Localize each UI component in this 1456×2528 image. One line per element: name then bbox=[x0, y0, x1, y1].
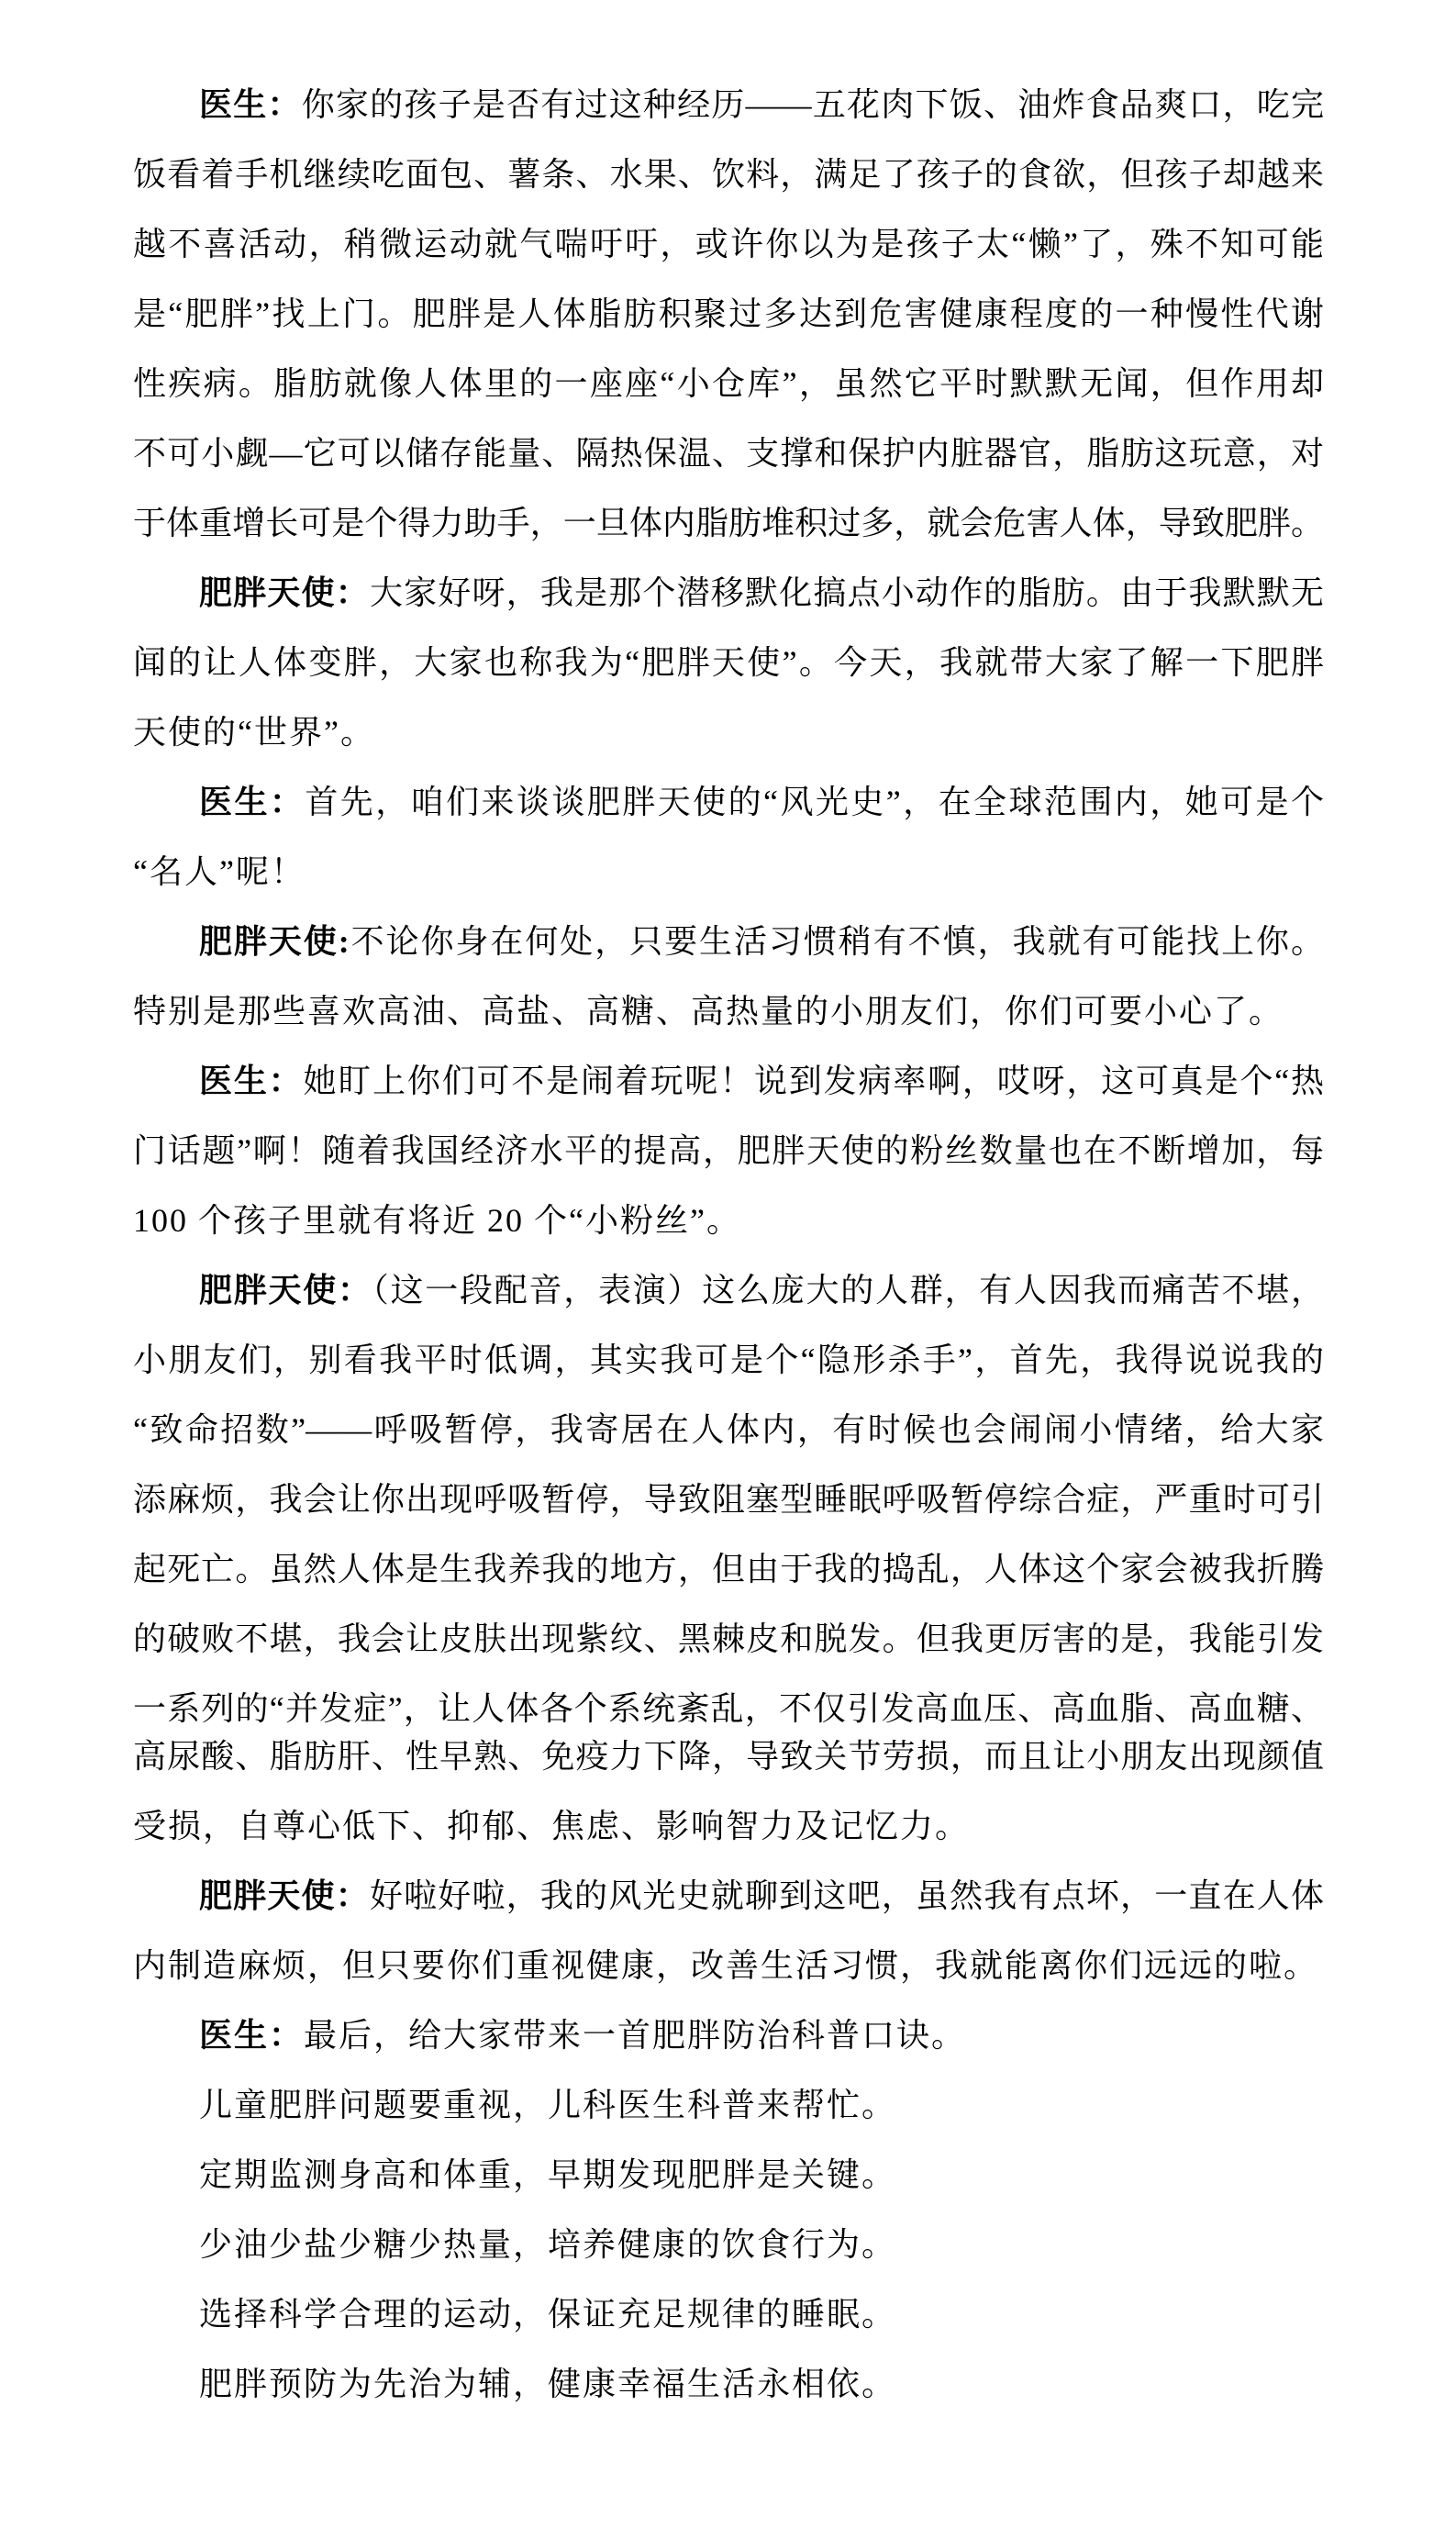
text-line: 小朋友们，别看我平时低调，其实我可是个“隐形杀手”，首先，我得说说我的 bbox=[133, 1325, 1324, 1395]
line-text: （这一段配音，表演）这么庞大的人群，有人因我而痛苦不堪， bbox=[372, 1272, 1324, 1309]
text-line: 越不喜活动，稍微运动就气喘吁吁，或许你以为是孩子太“懒”了，殊不知可能 bbox=[133, 209, 1324, 279]
line-text: 大家好呀，我是那个潜移默化搞点小动作的脂肪。由于我默默无 bbox=[370, 574, 1324, 611]
line-text: 闻的让人体变胖，大家也称我为“肥胖天使”。今天，我就带大家了解一下肥胖 bbox=[133, 644, 1324, 681]
line-text: 不论你身在何处，只要生活习惯稍有不慎，我就有可能找上你。 bbox=[350, 923, 1324, 960]
line-text: 饭看着手机继续吃面包、薯条、水果、饮料，满足了孩子的食欲，但孩子却越来 bbox=[133, 156, 1324, 193]
text-line: 是“肥胖”找上门。肥胖是人体脂肪积聚过多达到危害健康程度的一种慢性代谢 bbox=[133, 279, 1324, 349]
text-line: “致命招数”——呼吸暂停，我寄居在人体内，有时候也会闹闹小情绪，给大家 bbox=[133, 1395, 1324, 1464]
text-line: 添麻烦，我会让你出现呼吸暂停，导致阻塞型睡眠呼吸暂停综合症，严重时可引 bbox=[133, 1464, 1324, 1534]
text-line: 门话题”啊！随着我国经济水平的提高，肥胖天使的粉丝数量也在不断增加，每 bbox=[133, 1116, 1324, 1186]
line-text: 你家的孩子是否有过这种经历——五花肉下饭、油炸食品爽口，吃完 bbox=[302, 86, 1324, 123]
text-line: 受损，自尊心低下、抑郁、焦虑、影响智力及记忆力。 bbox=[133, 1791, 1324, 1861]
line-text: 100 个孩子里就有将近 20 个“小粉丝”。 bbox=[133, 1202, 741, 1239]
speaker-label: 肥胖天使： bbox=[199, 1272, 372, 1309]
text-line: 的破败不堪，我会让皮肤出现紫纹、黑棘皮和脱发。但我更厉害的是，我能引发 bbox=[133, 1604, 1324, 1674]
line-text: 小朋友们，别看我平时低调，其实我可是个“隐形杀手”，首先，我得说说我的 bbox=[133, 1342, 1324, 1378]
line-text: 儿童肥胖问题要重视，儿科医生科普来帮忙。 bbox=[199, 2087, 896, 2123]
text-line: “名人”呢！ bbox=[133, 837, 1324, 907]
line-text: 不可小觑—它可以储存能量、隔热保温、支撑和保护内脏器官，脂肪这玩意，对 bbox=[133, 435, 1324, 472]
speaker-label: 医生： bbox=[199, 86, 302, 123]
text-line: 儿童肥胖问题要重视，儿科医生科普来帮忙。 bbox=[133, 2070, 1324, 2140]
line-text: “致命招数”——呼吸暂停，我寄居在人体内，有时候也会闹闹小情绪，给大家 bbox=[133, 1411, 1324, 1448]
line-text: 她盯上你们可不是闹着玩呢！说到发病率啊，哎呀，这可真是个“热 bbox=[303, 1063, 1324, 1099]
text-line: 肥胖天使：大家好呀，我是那个潜移默化搞点小动作的脂肪。由于我默默无 bbox=[133, 558, 1324, 628]
line-text: 于体重增长可是个得力助手，一旦体内脂肪堆积过多，就会危害人体，导致肥胖。 bbox=[133, 505, 1324, 541]
line-text: 内制造麻烦，但只要你们重视健康，改善生活习惯，我就能离你们远远的啦。 bbox=[133, 1947, 1318, 1984]
text-line: 高尿酸、脂肪肝、性早熟、免疫力下降，导致关节劳损，而且让小朋友出现颜值 bbox=[133, 1721, 1324, 1791]
line-text: 定期监测身高和体重，早期发现肥胖是关键。 bbox=[199, 2156, 896, 2193]
line-text: “名人”呢！ bbox=[133, 853, 306, 890]
speaker-label: 肥胖天使: bbox=[199, 923, 350, 960]
text-line: 起死亡。虽然人体是生我养我的地方，但由于我的捣乱，人体这个家会被我折腾 bbox=[133, 1534, 1324, 1604]
line-text: 越不喜活动，稍微运动就气喘吁吁，或许你以为是孩子太“懒”了，殊不知可能 bbox=[133, 226, 1324, 262]
text-line: 不可小觑—它可以储存能量、隔热保温、支撑和保护内脏器官，脂肪这玩意，对 bbox=[133, 418, 1324, 488]
line-text: 的破败不堪，我会让皮肤出现紫纹、黑棘皮和脱发。但我更厉害的是，我能引发 bbox=[133, 1620, 1324, 1657]
text-line: 内制造麻烦，但只要你们重视健康，改善生活习惯，我就能离你们远远的啦。 bbox=[133, 1931, 1324, 2000]
line-text: 好啦好啦，我的风光史就聊到这吧，虽然我有点坏，一直在人体 bbox=[370, 1877, 1324, 1914]
line-text: 少油少盐少糖少热量，培养健康的饮食行为。 bbox=[199, 2226, 896, 2263]
speaker-label: 医生： bbox=[199, 784, 305, 820]
speaker-label: 医生： bbox=[199, 1063, 303, 1099]
line-text: 性疾病。脂肪就像人体里的一座座“小仓库”，虽然它平时默默无闻，但作用却 bbox=[133, 365, 1324, 402]
text-line: 医生：首先，咱们来谈谈肥胖天使的“风光史”，在全球范围内，她可是个 bbox=[133, 767, 1324, 837]
line-text: 最后，给大家带来一首肥胖防治科普口诀。 bbox=[304, 2017, 966, 2054]
line-text: 肥胖预防为先治为辅，健康幸福生活永相依。 bbox=[199, 2366, 896, 2402]
line-text: 门话题”啊！随着我国经济水平的提高，肥胖天使的粉丝数量也在不断增加，每 bbox=[133, 1132, 1324, 1169]
document-page: 医生：你家的孩子是否有过这种经历——五花肉下饭、油炸食品爽口，吃完 饭看着手机继… bbox=[0, 0, 1456, 2419]
speaker-label: 肥胖天使： bbox=[199, 574, 370, 611]
line-text: 选择科学合理的运动，保证充足规律的睡眠。 bbox=[199, 2296, 896, 2333]
text-line: 肥胖预防为先治为辅，健康幸福生活永相依。 bbox=[133, 2349, 1324, 2419]
text-line: 医生：她盯上你们可不是闹着玩呢！说到发病率啊，哎呀，这可真是个“热 bbox=[133, 1046, 1324, 1116]
line-text: 添麻烦，我会让你出现呼吸暂停，导致阻塞型睡眠呼吸暂停综合症，严重时可引 bbox=[133, 1481, 1324, 1518]
text-line: 少油少盐少糖少热量，培养健康的饮食行为。 bbox=[133, 2210, 1324, 2279]
text-line: 肥胖天使：好啦好啦，我的风光史就聊到这吧，虽然我有点坏，一直在人体 bbox=[133, 1861, 1324, 1931]
line-text: 高尿酸、脂肪肝、性早熟、免疫力下降，导致关节劳损，而且让小朋友出现颜值 bbox=[133, 1738, 1324, 1775]
text-line: 定期监测身高和体重，早期发现肥胖是关键。 bbox=[133, 2140, 1324, 2210]
text-line: 100 个孩子里就有将近 20 个“小粉丝”。 bbox=[133, 1186, 1324, 1255]
speaker-label: 医生： bbox=[199, 2017, 304, 2054]
line-text: 是“肥胖”找上门。肥胖是人体脂肪积聚过多达到危害健康程度的一种慢性代谢 bbox=[133, 295, 1324, 332]
line-text: 受损，自尊心低下、抑郁、焦虑、影响智力及记忆力。 bbox=[133, 1808, 970, 1844]
text-line: 肥胖天使:不论你身在何处，只要生活习惯稍有不慎，我就有可能找上你。 bbox=[133, 907, 1324, 976]
text-line: 医生：你家的孩子是否有过这种经历——五花肉下饭、油炸食品爽口，吃完 bbox=[133, 70, 1324, 139]
speaker-label: 肥胖天使： bbox=[199, 1877, 370, 1914]
line-text: 起死亡。虽然人体是生我养我的地方，但由于我的捣乱，人体这个家会被我折腾 bbox=[133, 1551, 1324, 1587]
text-line: 肥胖天使：（这一段配音，表演）这么庞大的人群，有人因我而痛苦不堪， bbox=[133, 1255, 1324, 1325]
text-line: 特别是那些喜欢高油、高盐、高糖、高热量的小朋友们，你们可要小心了。 bbox=[133, 976, 1324, 1046]
text-line: 于体重增长可是个得力助手，一旦体内脂肪堆积过多，就会危害人体，导致肥胖。 bbox=[133, 488, 1324, 558]
line-text: 天使的“世界”。 bbox=[133, 714, 375, 751]
text-line: 天使的“世界”。 bbox=[133, 697, 1324, 767]
line-text: 特别是那些喜欢高油、高盐、高糖、高热量的小朋友们，你们可要小心了。 bbox=[133, 993, 1284, 1030]
text-line: 选择科学合理的运动，保证充足规律的睡眠。 bbox=[133, 2279, 1324, 2349]
line-text: 首先，咱们来谈谈肥胖天使的“风光史”，在全球范围内，她可是个 bbox=[305, 784, 1324, 820]
text-line: 性疾病。脂肪就像人体里的一座座“小仓库”，虽然它平时默默无闻，但作用却 bbox=[133, 349, 1324, 418]
text-line: 医生：最后，给大家带来一首肥胖防治科普口诀。 bbox=[133, 2000, 1324, 2070]
text-line: 饭看着手机继续吃面包、薯条、水果、饮料，满足了孩子的食欲，但孩子却越来 bbox=[133, 139, 1324, 209]
text-line: 闻的让人体变胖，大家也称我为“肥胖天使”。今天，我就带大家了解一下肥胖 bbox=[133, 628, 1324, 697]
